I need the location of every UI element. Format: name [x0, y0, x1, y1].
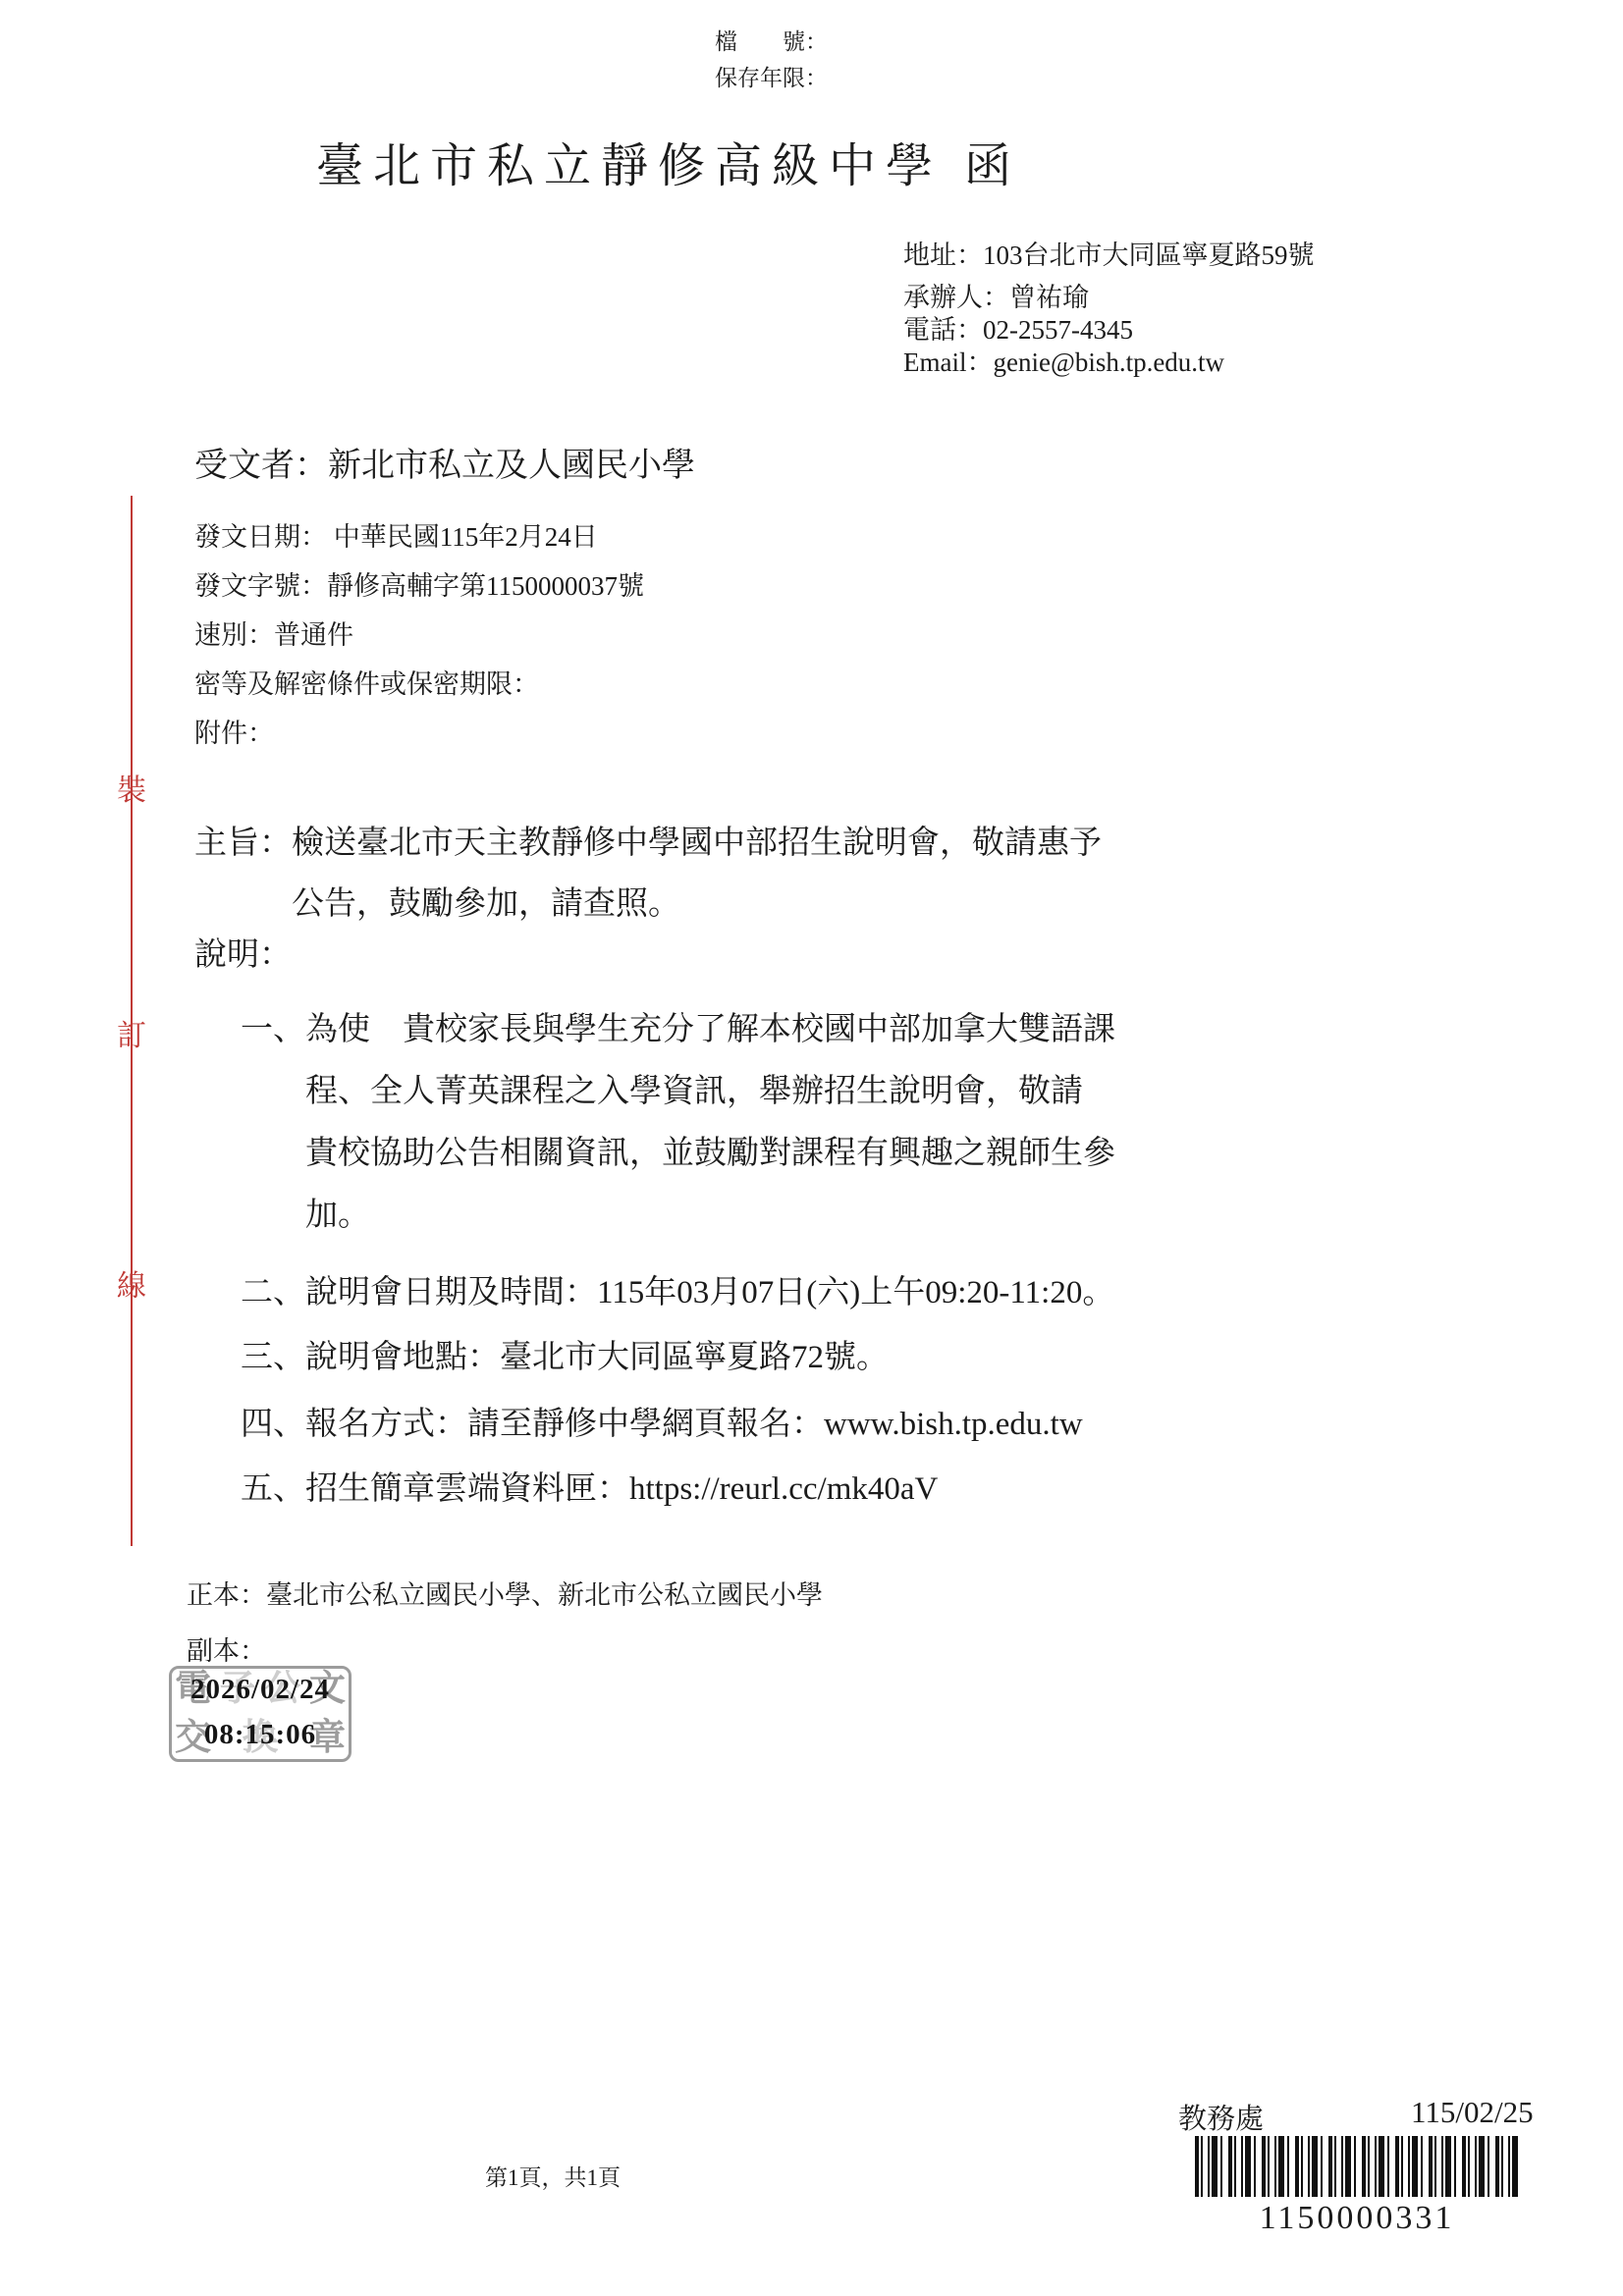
- cc-copy-label: 副本：: [187, 1629, 266, 1668]
- explanation-item-5: 五、 招生簡章雲端資料匣：https://reurl.cc/mk40aV: [241, 1459, 938, 1521]
- electronic-exchange-stamp: 電 子 公 文 交 換 章 2026/02/24 08:15:06: [169, 1666, 352, 1762]
- item-text: 招生簡章雲端資料匣：https://reurl.cc/mk40aV: [305, 1459, 938, 1521]
- explanation-label: 說明：: [194, 929, 292, 975]
- item-text: 說明會日期及時間：115年03月07日(六)上午09:20-11:20。: [305, 1262, 1114, 1324]
- page-number-info: 第1頁，共1頁: [485, 2160, 621, 2192]
- stamp-date: 2026/02/24: [172, 1674, 349, 1706]
- binding-char-zhuang: 裝: [110, 766, 153, 809]
- meta-fields: 發文日期： 中華民國115年2月24日 發文字號：靜修高輔字第115000003…: [194, 512, 644, 758]
- subject-label: 主旨：: [194, 813, 292, 874]
- attachment-line: 附件：: [194, 709, 644, 758]
- explanation-item-2: 二、 說明會日期及時間：115年03月07日(六)上午09:20-11:20。: [241, 1262, 1114, 1324]
- issue-date-line: 發文日期： 中華民國115年2月24日: [194, 512, 644, 561]
- item-text: 為使 貴校家長與學生充分了解本校國中部加拿大雙語課 程、全人菁英課程之入學資訊，…: [305, 999, 1115, 1247]
- explanation-item-4: 四、 報名方式：請至靜修中學網頁報名：www.bish.tp.edu.tw: [241, 1394, 1083, 1456]
- barcode-number: 1150000331: [1195, 2200, 1519, 2237]
- file-number-label: 檔 號：: [715, 24, 828, 60]
- sender-info-block: 地址：103台北市大同區寧夏路59號 承辦人：曾祐瑜 電話：02-2557-43…: [903, 240, 1315, 379]
- sender-phone: 電話：02-2557-4345: [903, 314, 1315, 347]
- explanation-item-1: 一、 為使 貴校家長與學生充分了解本校國中部加拿大雙語課 程、全人菁英課程之入學…: [241, 999, 1115, 1247]
- original-copy-line: 正本：臺北市公私立國民小學、新北市公私立國民小學: [187, 1574, 823, 1612]
- item-number: 一、: [241, 999, 305, 1247]
- archive-labels: 檔 號： 保存年限：: [715, 24, 828, 96]
- stamp-time: 08:15:06: [172, 1719, 349, 1751]
- sender-contact-person: 承辦人：曾祐瑜: [903, 282, 1315, 314]
- doc-number-line: 發文字號：靜修高輔字第1150000037號: [194, 561, 644, 611]
- binding-char-ding: 訂: [110, 1011, 153, 1054]
- sender-address: 地址：103台北市大同區寧夏路59號: [903, 240, 1315, 272]
- security-line: 密等及解密條件或保密期限：: [194, 660, 644, 709]
- retention-label: 保存年限：: [715, 60, 828, 96]
- binding-char-xian: 線: [110, 1261, 153, 1305]
- item-text: 說明會地點：臺北市大同區寧夏路72號。: [305, 1327, 889, 1389]
- item-number: 二、: [241, 1262, 305, 1324]
- priority-line: 速別：普通件: [194, 611, 644, 660]
- department-name: 教務處: [1178, 2097, 1264, 2137]
- document-title: 臺北市私立靜修高級中學 函: [316, 128, 1021, 195]
- subject-paragraph: 主旨： 檢送臺北市天主教靜修中學國中部招生說明會，敬請惠予 公告，鼓勵參加，請查…: [194, 813, 1102, 934]
- official-letter-page: 檔 號： 保存年限： 臺北市私立靜修高級中學 函 地址：103台北市大同區寧夏路…: [0, 0, 1623, 2296]
- item-text: 報名方式：請至靜修中學網頁報名：www.bish.tp.edu.tw: [305, 1394, 1083, 1456]
- subject-text: 檢送臺北市天主教靜修中學國中部招生說明會，敬請惠予 公告，鼓勵參加，請查照。: [292, 813, 1102, 934]
- barcode: [1195, 2136, 1519, 2197]
- item-number: 三、: [241, 1327, 305, 1389]
- sender-email: Email：genie@bish.tp.edu.tw: [903, 347, 1315, 379]
- explanation-item-3: 三、 說明會地點：臺北市大同區寧夏路72號。: [241, 1327, 889, 1389]
- recipient-line: 受文者：新北市私立及人國民小學: [194, 438, 695, 486]
- item-number: 四、: [241, 1394, 305, 1456]
- item-number: 五、: [241, 1459, 305, 1521]
- received-date: 115/02/25: [1411, 2095, 1534, 2130]
